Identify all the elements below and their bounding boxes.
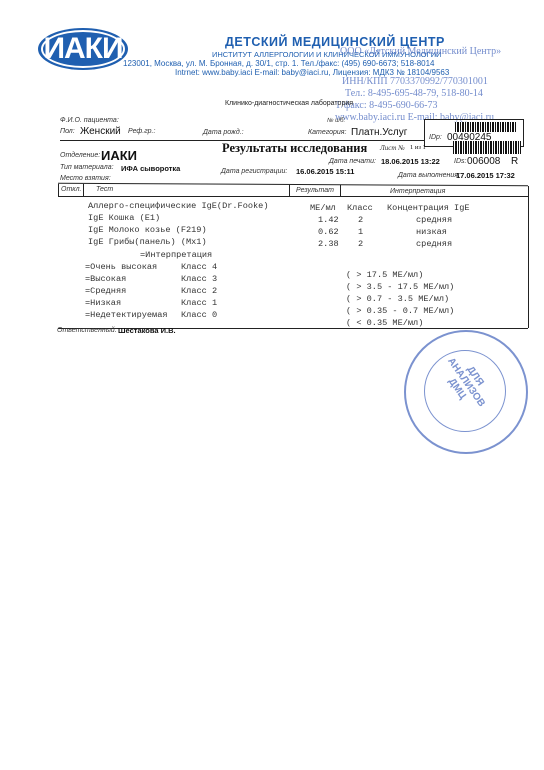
test-concentration: средняя bbox=[416, 239, 452, 249]
level-range: ( > 0.35 - 0.7 МЕ/мл) bbox=[346, 306, 454, 316]
level-name: =Недетектируемая bbox=[85, 310, 168, 320]
stamp-line-3: Тел.: 8-495-695-48-79, 518-80-14 bbox=[345, 88, 483, 99]
category-label: Категория: bbox=[308, 129, 346, 136]
address-line: 123001, Москва, ул. М. Бронная, д. 30/1,… bbox=[123, 59, 435, 68]
sex-label: Пол: bbox=[60, 128, 75, 135]
sex-value: Женский bbox=[80, 126, 121, 137]
level-class: Класс 1 bbox=[181, 298, 217, 308]
level-name: =Очень высокая bbox=[85, 262, 157, 272]
iaki-logo: ИАКИ bbox=[38, 28, 128, 70]
test-value: 1.42 bbox=[318, 215, 339, 225]
round-stamp: ДЛЯ АНАЛИЗОВ ДМЦ bbox=[404, 330, 528, 454]
level-class: Класс 3 bbox=[181, 274, 217, 284]
interpretation-title: =Интерпретация bbox=[140, 250, 212, 260]
test-value: 2.38 bbox=[318, 239, 339, 249]
stamp-line-2: ИНН/КПП 7703370992/770301001 bbox=[342, 76, 488, 87]
level-class: Класс 4 bbox=[181, 262, 217, 272]
barcode-idp bbox=[455, 122, 517, 132]
test-concentration: средняя bbox=[416, 215, 452, 225]
test-name: IgE Кошка (E1) bbox=[88, 213, 160, 223]
place-label: Место взятия: bbox=[60, 175, 111, 182]
level-range: ( < 0.35 МЕ/мл) bbox=[346, 318, 423, 328]
ids-value: 006008 bbox=[467, 156, 500, 167]
reg-date-label: Дата регистрации: bbox=[221, 168, 287, 175]
done-date-value: 17.06.2015 17:32 bbox=[456, 171, 515, 180]
barcode-ids bbox=[453, 141, 521, 154]
department-label: Отделение: bbox=[60, 152, 100, 159]
level-name: =Средняя bbox=[85, 286, 126, 296]
category-value: Платн.Услуг bbox=[351, 127, 407, 138]
test-concentration: низкая bbox=[416, 227, 447, 237]
col-header-result: Результат bbox=[296, 187, 334, 194]
level-range: ( > 3.5 - 17.5 МЕ/мл) bbox=[346, 282, 454, 292]
level-range: ( > 17.5 МЕ/мл) bbox=[346, 270, 423, 280]
fio-label: Ф.И.О. пациента: bbox=[60, 117, 119, 124]
responsible-value: Шестакова И.В. bbox=[118, 326, 176, 335]
level-name: =Высокая bbox=[85, 274, 126, 284]
card-label: № и/б: bbox=[327, 118, 345, 124]
department-value: ИАКИ bbox=[101, 148, 137, 163]
done-date-label: Дата выполнения: bbox=[398, 172, 460, 179]
subheader-class: Класс bbox=[347, 203, 373, 213]
level-class: Класс 2 bbox=[181, 286, 217, 296]
col-header-interpretation: Интерпретация bbox=[390, 188, 445, 195]
subheader-units: МЕ/мл bbox=[310, 203, 336, 213]
sheet-value: 1 из 1 bbox=[410, 144, 426, 151]
dob-label: Дата рожд.: bbox=[203, 129, 244, 136]
sheet-label: Лист № bbox=[380, 144, 405, 152]
print-date-label: Дата печати: bbox=[329, 158, 376, 165]
level-class: Класс 0 bbox=[181, 310, 217, 320]
logo-text: ИАКИ bbox=[43, 32, 122, 66]
test-class: 2 bbox=[358, 239, 363, 249]
level-name: =Низкая bbox=[85, 298, 121, 308]
ids-suffix: R bbox=[511, 156, 518, 167]
group-title: Аллерго-специфические IgE(Dr.Fooke) bbox=[88, 201, 269, 211]
col-header-test: Тест bbox=[96, 186, 113, 193]
test-class: 1 bbox=[358, 227, 363, 237]
results-title: Результаты исследования bbox=[222, 141, 367, 156]
reg-date-value: 16.06.2015 15:11 bbox=[296, 167, 354, 176]
stamp-line-1: ООО «Детский Медицинский Центр» bbox=[340, 46, 501, 57]
lab-name: Клинико-диагностическая лаборатория bbox=[225, 100, 353, 107]
responsible-label: Ответственный: bbox=[57, 327, 117, 334]
col-header-deviation: Откл. bbox=[61, 186, 81, 193]
test-class: 2 bbox=[358, 215, 363, 225]
subheader-concentration: Концентрация IgE bbox=[387, 203, 470, 213]
test-name: IgE Молоко козье (F219) bbox=[88, 225, 207, 235]
level-range: ( > 0.7 - 3.5 МЕ/мл) bbox=[346, 294, 449, 304]
material-value: ИФА сыворотка bbox=[121, 164, 180, 173]
ref-label: Реф.гр.: bbox=[128, 128, 155, 135]
ids-label: IDs: bbox=[454, 158, 466, 165]
print-date-value: 18.06.2015 13:22 bbox=[381, 157, 440, 166]
material-label: Тип материала: bbox=[60, 164, 114, 171]
test-name: IgE Грибы(панель) (Mx1) bbox=[88, 237, 207, 247]
idp-label: IDp: bbox=[429, 134, 442, 141]
test-value: 0.62 bbox=[318, 227, 339, 237]
